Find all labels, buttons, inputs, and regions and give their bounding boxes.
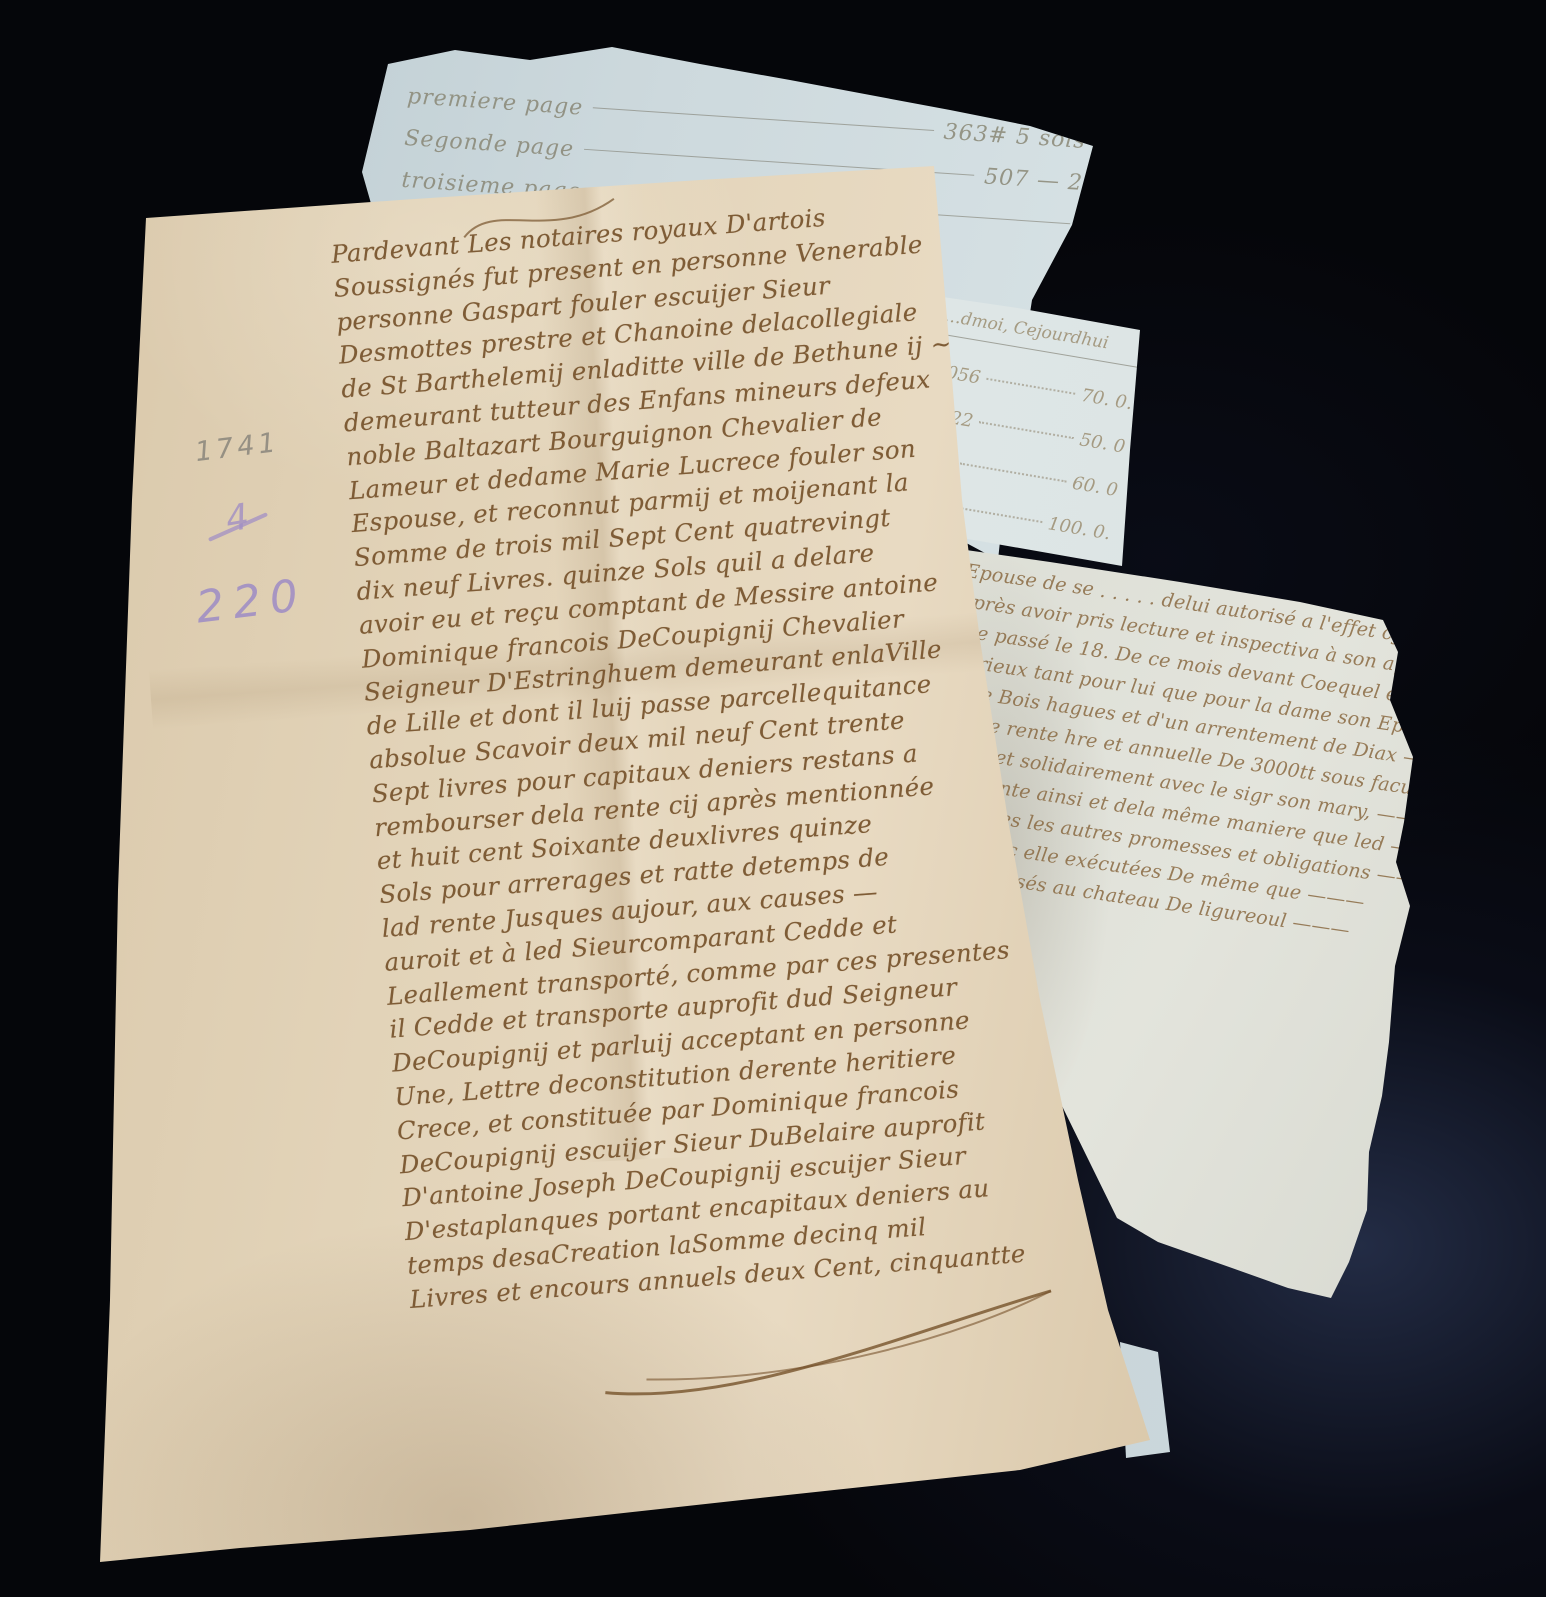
ink-rule [593, 107, 934, 131]
pencil-year-annotation: 1741 [193, 427, 281, 468]
pencil-archive-number: 220 [193, 569, 309, 633]
dotted-leader [986, 378, 1076, 395]
manuscript-text: Pardevant Les notaires royaux D'artoisSo… [330, 192, 1038, 1427]
slip-amount: 70. 0. [1080, 385, 1134, 414]
ledger-amount: 507 — 2 [983, 164, 1083, 196]
photograph-of-manuscripts: premiere page 363# 5 sols Segonde page 5… [0, 0, 1546, 1597]
ledger-amount: 363# 5 sols [943, 120, 1087, 154]
ledger-label: premiere page [406, 84, 584, 121]
